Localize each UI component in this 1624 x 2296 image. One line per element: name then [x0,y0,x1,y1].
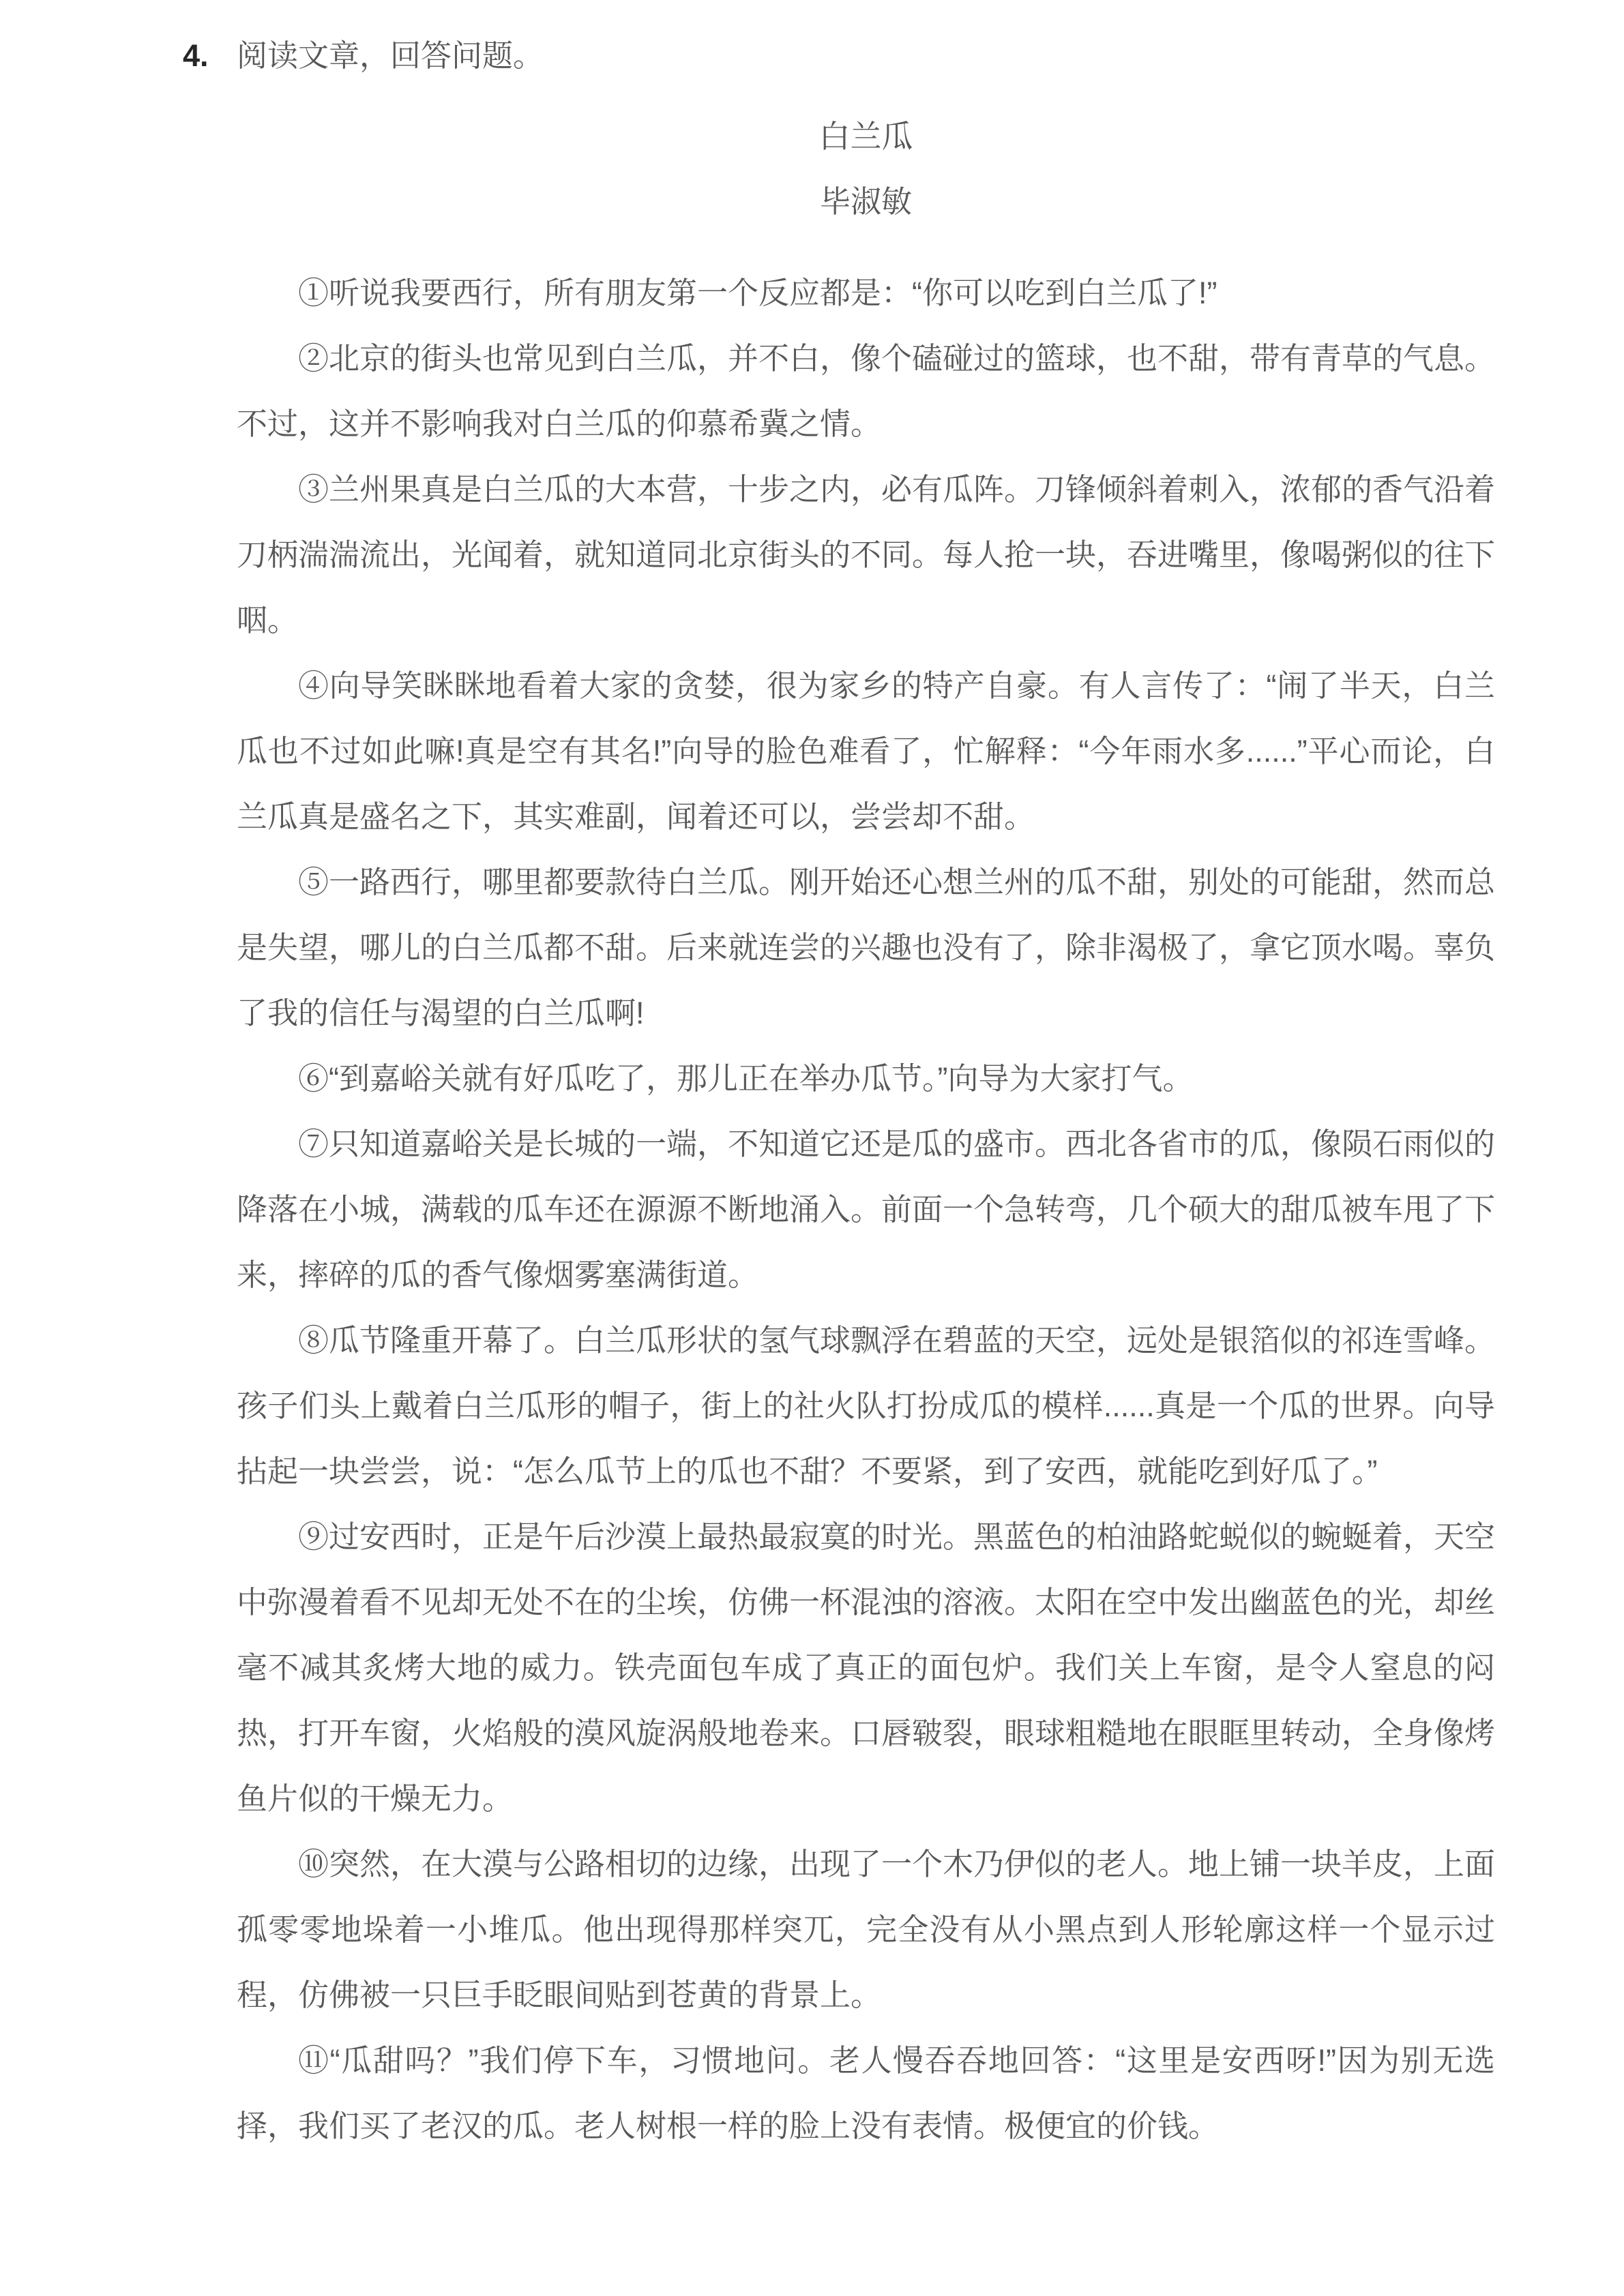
article-title: 白兰瓜 [237,104,1495,169]
document-page: 4.阅读文章，回答问题。 白兰瓜 毕淑敏 ①听说我要西行，所有朋友第一个反应都是… [0,0,1624,2296]
article-paragraph-8: ⑧瓜节隆重开幕了。白兰瓜形状的氢气球飘浮在碧蓝的天空，远处是银箔似的祁连雪峰。孩… [237,1308,1495,1504]
article-paragraph-3: ③兰州果真是白兰瓜的大本营，十步之内，必有瓜阵。刀锋倾斜着刺入，浓郁的香气沿着刀… [237,457,1495,653]
reading-article: 白兰瓜 毕淑敏 ①听说我要西行，所有朋友第一个反应都是：“你可以吃到白兰瓜了!”… [237,104,1495,2159]
article-paragraph-11: ⑪“瓜甜吗？”我们停下车，习惯地问。老人慢吞吞地回答：“这里是安西呀!”因为别无… [237,2028,1495,2159]
article-paragraph-9: ⑨过安西时，正是午后沙漠上最热最寂寞的时光。黑蓝色的柏油路蛇蜕似的蜿蜒着，天空中… [237,1504,1495,1832]
question-prompt: 阅读文章，回答问题。 [237,35,544,76]
article-body: ①听说我要西行，所有朋友第一个反应都是：“你可以吃到白兰瓜了!” ②北京的街头也… [237,260,1495,2159]
article-paragraph-2: ②北京的街头也常见到白兰瓜，并不白，像个磕碰过的篮球，也不甜，带有青草的气息。不… [237,326,1495,457]
article-paragraph-10: ⑩突然，在大漠与公路相切的边缘，出现了一个木乃伊似的老人。地上铺一块羊皮，上面孤… [237,1832,1495,2028]
question-number: 4. [183,35,218,76]
article-paragraph-5: ⑤一路西行，哪里都要款待白兰瓜。刚开始还心想兰州的瓜不甜，别处的可能甜，然而总是… [237,850,1495,1046]
article-author: 毕淑敏 [237,169,1495,235]
article-paragraph-1: ①听说我要西行，所有朋友第一个反应都是：“你可以吃到白兰瓜了!” [237,260,1495,326]
article-header: 白兰瓜 毕淑敏 [237,104,1495,235]
article-paragraph-4: ④向导笑眯眯地看着大家的贪婪，很为家乡的特产自豪。有人言传了：“闹了半天，白兰瓜… [237,653,1495,850]
question-row: 4.阅读文章，回答问题。 [183,35,1624,76]
article-paragraph-7: ⑦只知道嘉峪关是长城的一端，不知道它还是瓜的盛市。西北各省市的瓜，像陨石雨似的降… [237,1112,1495,1308]
article-paragraph-6: ⑥“到嘉峪关就有好瓜吃了，那儿正在举办瓜节。”向导为大家打气。 [237,1046,1495,1112]
